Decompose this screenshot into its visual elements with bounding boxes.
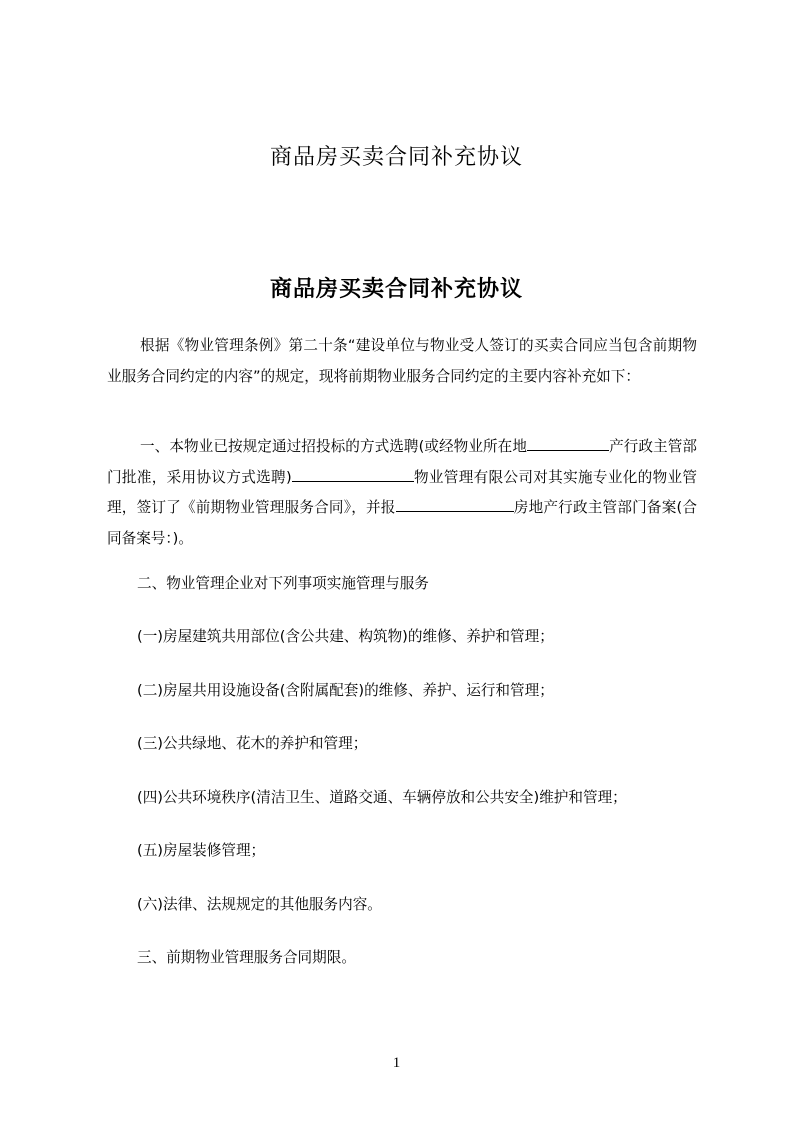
document-title: 商品房买卖合同补充协议	[0, 272, 793, 303]
service-item-3: (三)公共绿地、花木的养护和管理；	[137, 733, 367, 755]
header-title: 商品房买卖合同补充协议	[0, 140, 793, 171]
page-number: 1	[0, 1055, 793, 1072]
blank-field-housing-authority[interactable]	[527, 436, 609, 451]
service-item-5: (五)房屋装修管理；	[137, 840, 265, 862]
section-two-heading: 二、物业管理企业对下列事项实施管理与服务	[137, 573, 429, 595]
section-three-heading: 三、前期物业管理服务合同期限。	[137, 947, 356, 969]
intro-paragraph: 根据《物业管理条例》第二十条“建设单位与物业受人签订的买卖合同应当包含前期物业服…	[107, 331, 697, 392]
section-one-paragraph: 一、本物业已按规定通过招投标的方式选聘(或经物业所在地产行政主管部门批准，采用协…	[107, 432, 697, 554]
service-item-4: (四)公共环境秩序(清洁卫生、道路交通、车辆停放和公共安全)维护和管理；	[137, 787, 627, 809]
blank-field-property-company[interactable]	[292, 467, 414, 482]
blank-field-filing-authority[interactable]	[396, 497, 514, 512]
section-one-text-1: 一、本物业已按规定通过招投标的方式选聘(或经物业所在地	[140, 438, 527, 455]
service-item-1: (一)房屋建筑共用部位(含公共建、构筑物)的维修、养护和管理；	[137, 626, 554, 648]
document-page: 商品房买卖合同补充协议 商品房买卖合同补充协议 根据《物业管理条例》第二十条“建…	[0, 0, 793, 1122]
service-item-2: (二)房屋共用设施设备(含附属配套)的维修、养护、运行和管理；	[137, 680, 554, 702]
service-item-6: (六)法律、法规规定的其他服务内容。	[137, 894, 382, 916]
